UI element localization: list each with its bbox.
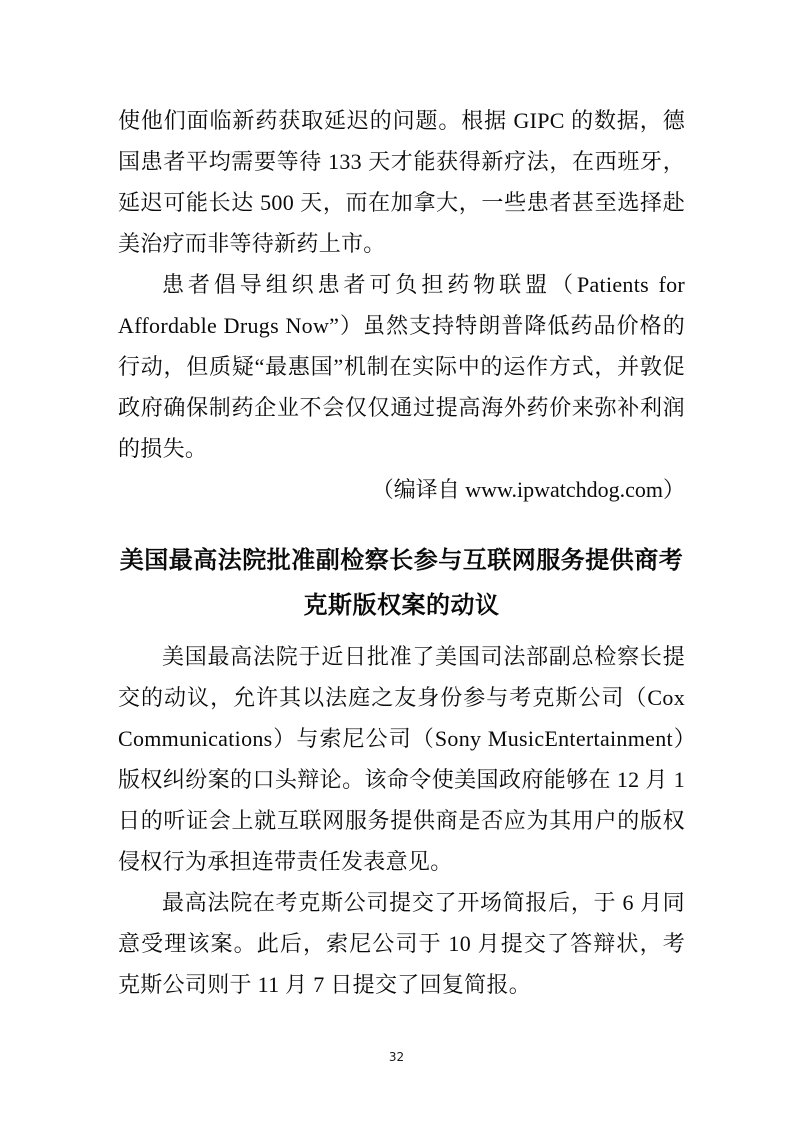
paragraph-briefing-timeline: 最高法院在考克斯公司提交了开场简报后，于 6 月同意受理该案。此后，索尼公司于 …: [118, 882, 685, 1005]
document-content: 使他们面临新药获取延迟的问题。根据 GIPC 的数据，德国患者平均需要等待 13…: [118, 100, 685, 1005]
source-attribution: （编译自 www.ipwatchdog.com）: [118, 469, 685, 510]
paragraph-drug-access-delay: 使他们面临新药获取延迟的问题。根据 GIPC 的数据，德国患者平均需要等待 13…: [118, 100, 685, 264]
paragraph-scotus-motion: 美国最高法院于近日批准了美国司法部副总检察长提交的动议，允许其以法庭之友身份参与…: [118, 636, 685, 882]
document-page: 使他们面临新药获取延迟的问题。根据 GIPC 的数据，德国患者平均需要等待 13…: [0, 0, 793, 1122]
page-footer: 32: [0, 1048, 793, 1066]
page-number: 32: [389, 1050, 404, 1064]
section-heading: 美国最高法院批准副检察长参与互联网服务提供商考克斯版权案的动议: [118, 538, 685, 628]
paragraph-patients-coalition: 患者倡导组织患者可负担药物联盟（Patients for Affordable …: [118, 264, 685, 469]
